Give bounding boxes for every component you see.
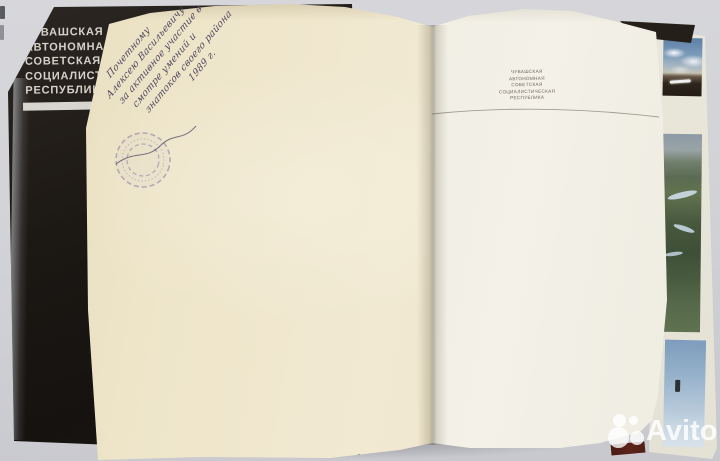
airplane-icon [670,79,691,83]
title-page-text: ЧУВАШСКАЯ АВТОНОМНАЯ СОВЕТСКАЯ СОЦИАЛИСТ… [486,68,568,102]
monument-silhouette [675,380,680,392]
river-bend [665,251,683,257]
avito-watermark: Avito [603,413,717,449]
book-listing-photo: ЧУВАШСКАЯ АВТОНОМНАЯ СОВЕТСКАЯ СОЦИАЛИСТ… [0,0,720,461]
jacket-photo-sky-airplane [662,38,702,97]
book-gutter [417,25,448,445]
title-page-line: РЕСПУБЛИКА [486,95,568,103]
river-bend [673,223,695,235]
cover-gloss-highlight [8,78,30,440]
photo-edge-artifact [0,25,4,40]
watermark-text: Avito [646,415,717,448]
river-bend [667,189,698,202]
avito-logo-icon [603,413,641,449]
photo-edge-artifact [0,6,5,19]
